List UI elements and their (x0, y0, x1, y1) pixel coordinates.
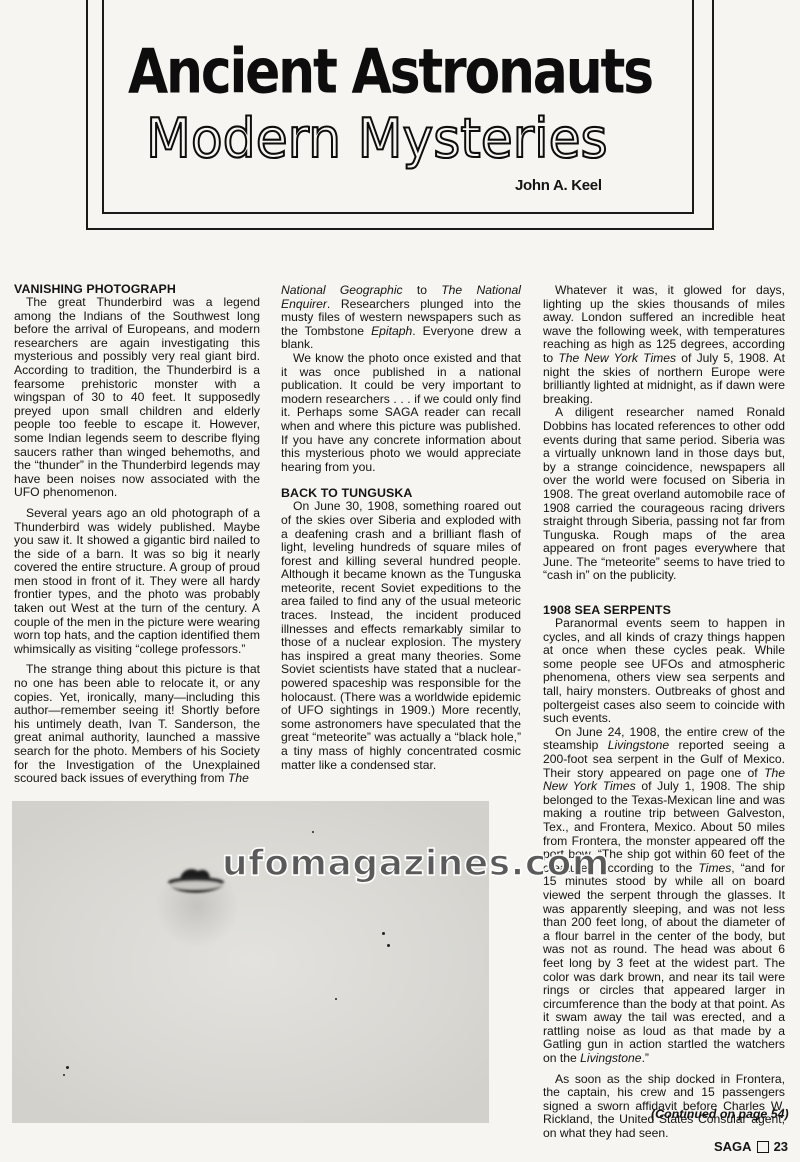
italic-title: The (228, 771, 249, 785)
italic-ship-name: Livingstone (608, 738, 669, 752)
headline-line-1: Ancient Astronauts (128, 42, 668, 103)
article-column-2: National Geographic to The National Enqu… (281, 284, 521, 772)
magazine-page: Ancient Astronauts Modern Mysteries John… (0, 0, 800, 1162)
paragraph-text: , “and for 15 minutes stood by while all… (543, 861, 785, 1065)
photo-speck (66, 1066, 69, 1069)
paragraph-text: to (403, 283, 442, 297)
article-column-1: VANISHING PHOTOGRAPH The great Thunderbi… (14, 282, 260, 786)
photo-speck (312, 831, 314, 833)
italic-title: Times (698, 861, 731, 875)
paragraph: Whatever it was, it glowed for days, lig… (543, 284, 785, 406)
italic-ship-name: Livingstone (580, 1051, 641, 1065)
italic-title: Epitaph (371, 324, 412, 338)
page-number: 23 (774, 1139, 788, 1154)
paragraph: We know the photo once existed and that … (281, 352, 521, 474)
watermark-text: ufomagazines.com (222, 846, 610, 882)
square-bullet-icon (757, 1141, 769, 1153)
paragraph: Paranormal events seem to happen in cycl… (543, 617, 785, 726)
paragraph: A diligent researcher named Ronald Dobbi… (543, 406, 785, 583)
paragraph: On June 30, 1908, something roared out o… (281, 500, 521, 772)
photo-speck (387, 944, 390, 947)
paragraph: National Geographic to The National Enqu… (281, 284, 521, 352)
author-byline: John A. Keel (515, 177, 602, 194)
section-heading-vanishing-photograph: VANISHING PHOTOGRAPH (14, 282, 260, 296)
page-folio: SAGA 23 (714, 1139, 788, 1154)
paragraph-text: .” (642, 1051, 649, 1065)
italic-title: National Geographic (281, 283, 403, 297)
italic-title: The New York Times (558, 351, 676, 365)
magazine-name: SAGA (714, 1139, 752, 1154)
headline-line-2: Modern Mysteries (146, 112, 686, 167)
article-column-3: Whatever it was, it glowed for days, lig… (543, 284, 785, 1141)
section-heading-sea-serpents: 1908 SEA SERPENTS (543, 603, 785, 617)
paragraph-text: The strange thing about this picture is … (14, 662, 260, 785)
paragraph: Several years ago an old photograph of a… (14, 507, 260, 657)
continued-note: (Continued on page 54) (651, 1107, 789, 1121)
paragraph: The strange thing about this picture is … (14, 663, 260, 785)
photo-speck (63, 1074, 65, 1076)
ufo-saucer-icon (162, 861, 228, 905)
paragraph: On June 24, 1908, the entire crew of the… (543, 726, 785, 1066)
section-heading-back-to-tunguska: BACK TO TUNGUSKA (281, 486, 521, 500)
paragraph: The great Thunderbird was a legend among… (14, 296, 260, 500)
photo-speck (382, 932, 385, 935)
photo-speck (335, 998, 337, 1000)
